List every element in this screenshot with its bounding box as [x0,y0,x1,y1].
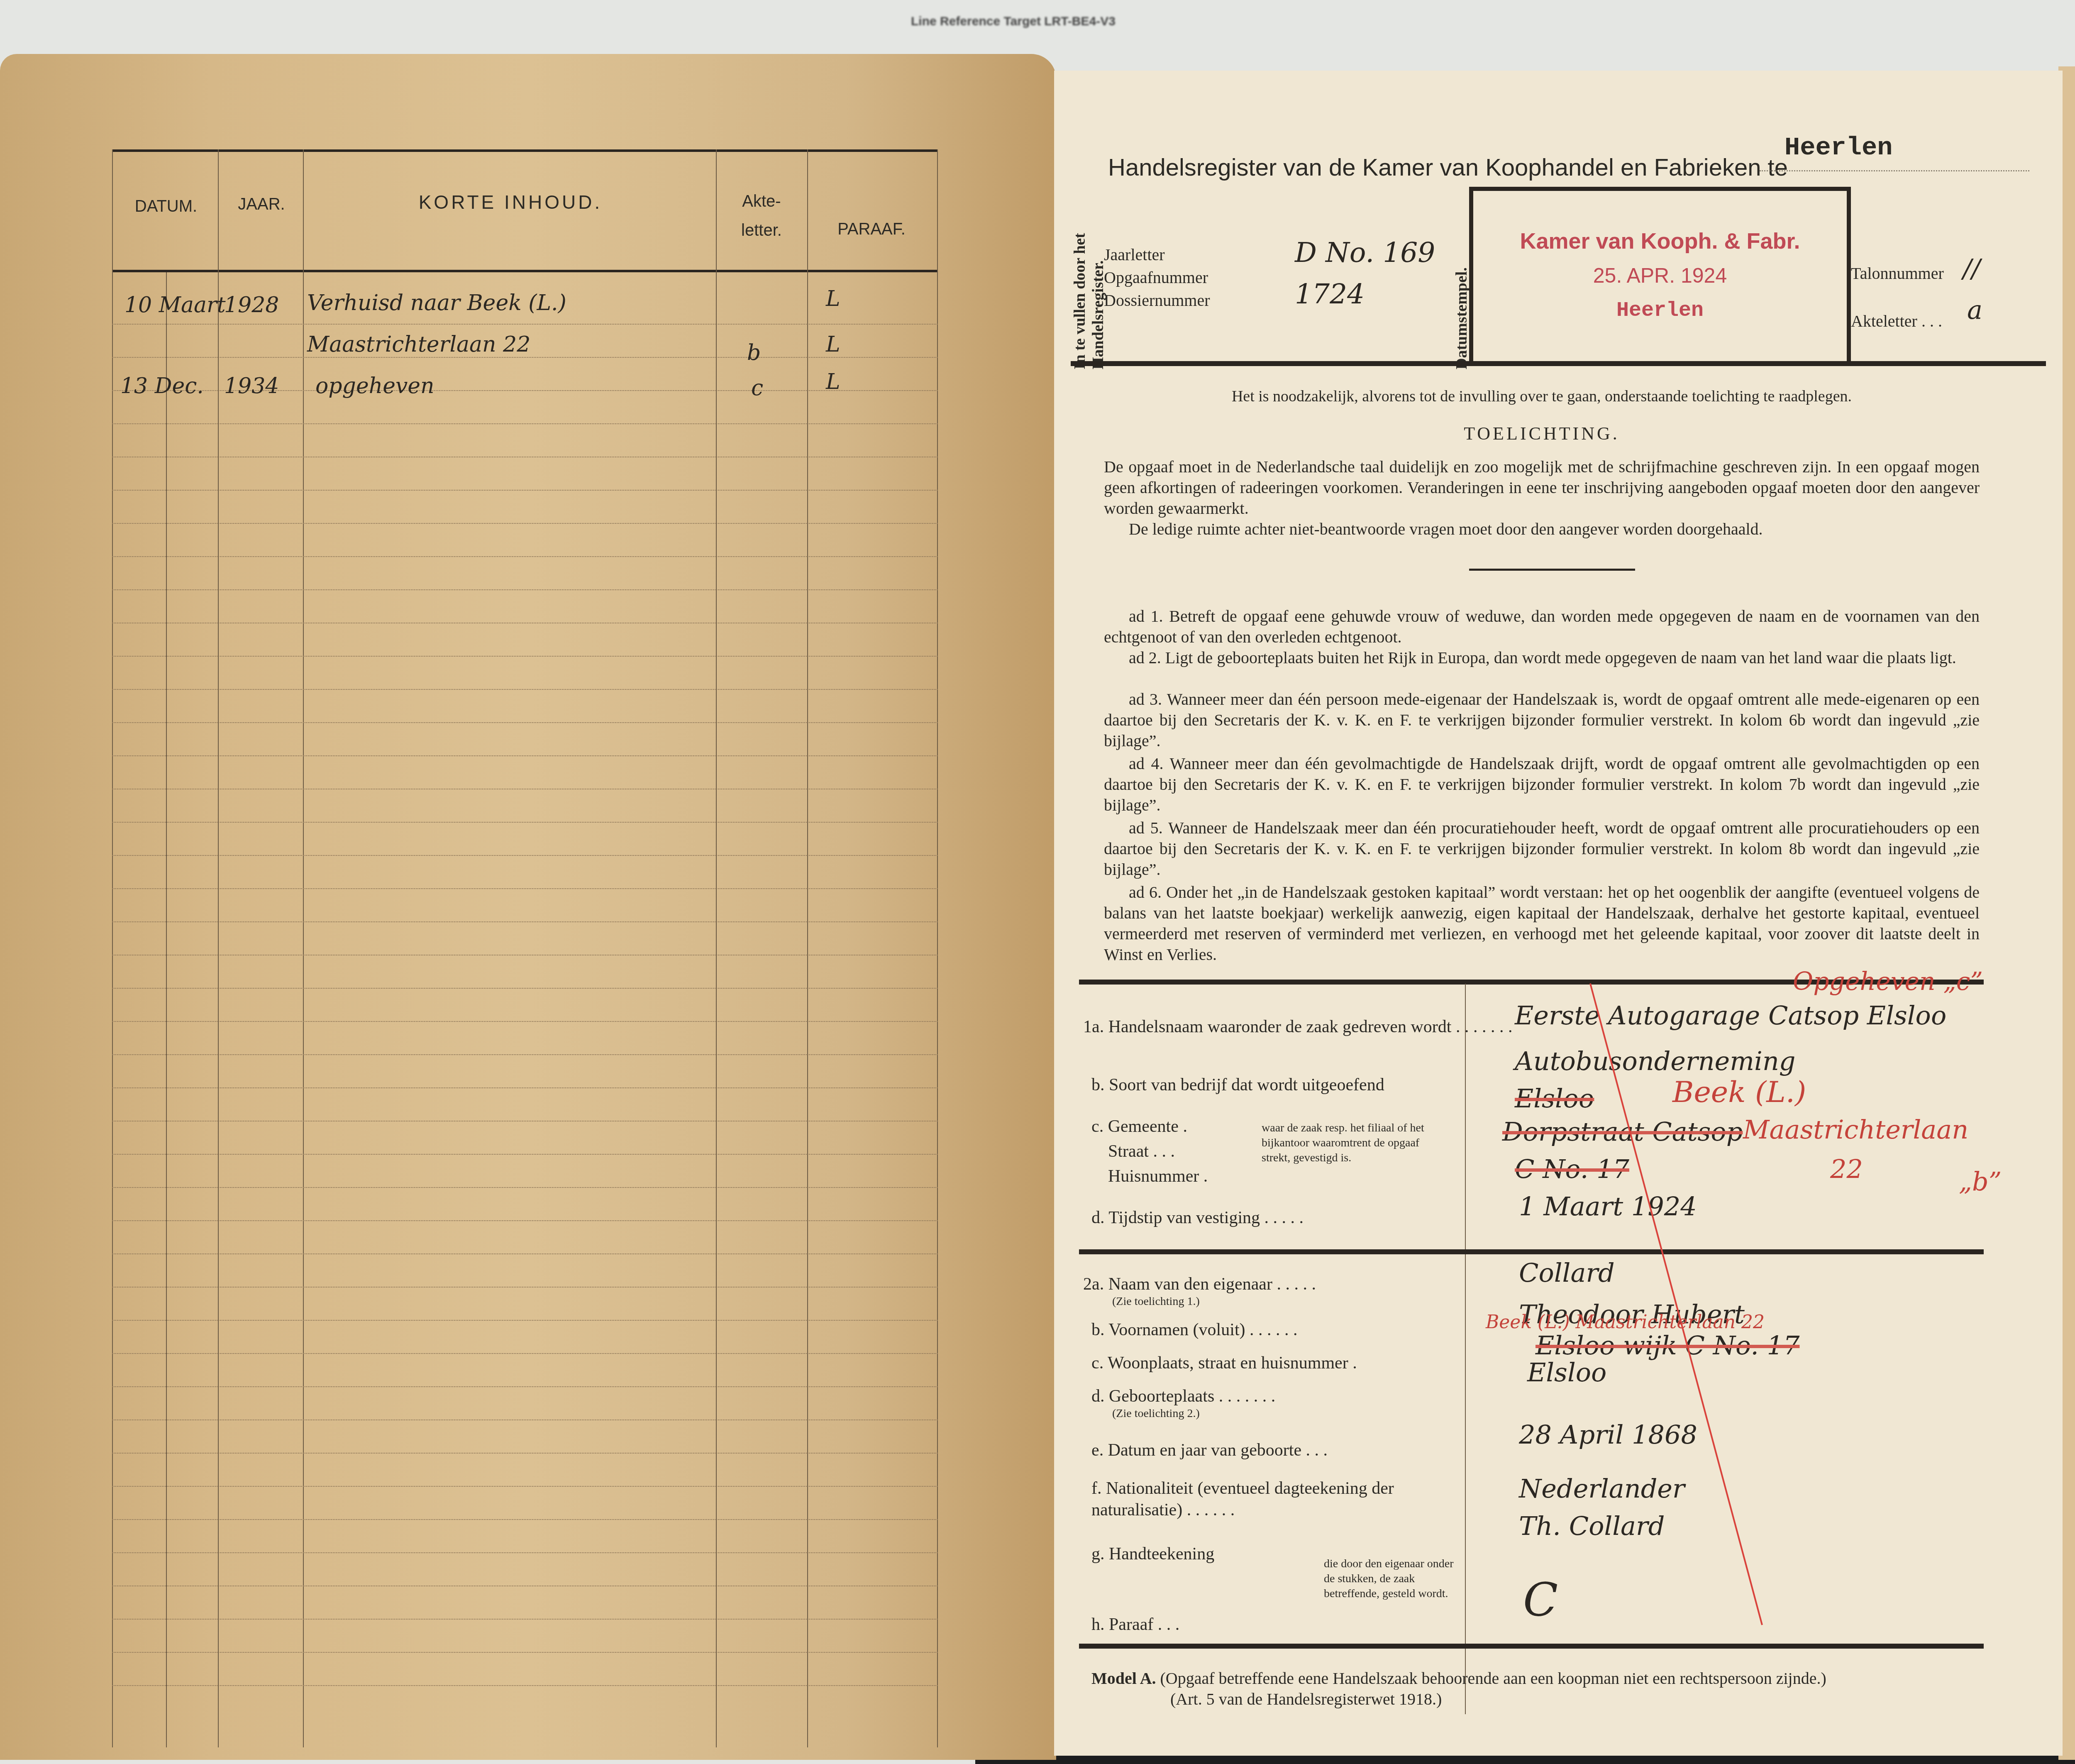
note-ad-5: ad 5. Wanneer de Handelszaak meer dan éé… [1104,818,1980,880]
column-divider [303,149,304,1747]
label-1c-straat: Straat . . . [1108,1141,1175,1161]
dossiernummer-value: 1724 [1295,278,1365,310]
toelichting-title: TOELICHTING. [1104,423,1980,444]
form-city: Heerlen [1784,133,1892,162]
value-2e-geboortedatum: 28 April 1868 [1519,1420,1697,1450]
entry-1-inhoud: Verhuisd naar Beek (L.) [307,291,566,315]
ledger-rule [112,1519,938,1520]
note-2gh: die door den eigenaar onder de stukken, … [1324,1556,1461,1601]
footer-line-2: (Art. 5 van de Handelsregisterwet 1918.) [1170,1689,1442,1709]
value-1b-bedrijf: Autobusonderneming [1515,1046,1796,1076]
footer-model-label: Model A. [1091,1669,1156,1688]
ledger-rule [112,1386,938,1387]
header-jaar: JAAR. [224,195,299,214]
ledger-rule [112,1453,938,1454]
note-ad-4: ad 4. Wanneer meer dan één gevolmachtigd… [1104,753,1980,816]
value-1c-gemeente-old: Elsloo [1515,1083,1594,1114]
column-divider [807,149,808,1747]
header-paraaf: PARAAF. [809,220,934,239]
dossiernummer-label: Dossiernummer [1104,291,1210,310]
value-1d-vestiging: 1 Maart 1924 [1519,1191,1697,1222]
label-1c-gemeente: c. Gemeente . [1091,1117,1187,1136]
ledger-rule [112,888,938,889]
entry-1-jaar: 1928 [224,293,279,318]
form-header-rule [1071,361,2046,366]
entry-3-inhoud: opgeheven [315,374,435,398]
label-2b: b. Voornamen (voluit) . . . . . . [1091,1320,1298,1340]
stamp-city: Heerlen [1473,299,1847,323]
ledger-rule [112,988,938,989]
ledger-rule [112,689,938,690]
entry-3-datum: 13 Dec. [120,374,204,398]
note-ad-1: ad 1. Betreft de opgaaf eene gehuwde vro… [1104,606,1980,647]
label-2f: f. Nationaliteit (eventueel dagteekening… [1091,1478,1457,1521]
form-column-divider [1465,984,1466,1714]
ledger-table: DATUM. JAAR. KORTE INHOUD. Akte- letter.… [112,149,938,1747]
footer-model: Model A. (Opgaaf betreffende eene Handel… [1091,1669,1826,1688]
note-ad-6: ad 6. Onder het „in de Handelszaak gesto… [1104,882,1980,965]
ledger-rule [112,1420,938,1420]
ledger-rule [112,1220,938,1221]
ledger-rule [112,523,938,524]
ledger-rule [112,324,938,325]
ledger-rule [112,357,938,358]
label-1b: b. Soort van bedrijf dat wordt uitgeoefe… [1091,1075,1384,1095]
ledger-top-rule [112,149,938,152]
ledger-rule [112,1652,938,1653]
dotted-line [1760,170,2029,171]
value-1c-straat-new: Maastrichterlaan [1743,1114,1968,1145]
red-annotation-b: „b” [1959,1166,2002,1197]
value-1c-gemeente-new: Beek (L.) [1672,1075,1806,1109]
talonnummer-label: Talonnummer [1851,264,1944,283]
form-bottom-rule [1079,1644,1984,1649]
entry-3-akteletter: c [751,376,763,401]
toelichting-intro-2: De ledige ruimte achter niet-beantwoorde… [1104,519,1980,540]
datumstempel-label: Datumstempel. [1452,212,1471,369]
ledger-rule [112,1121,938,1121]
toelichting-intro-1: De opgaaf moet in de Nederlandsche taal … [1104,457,1980,519]
label-2e: e. Datum en jaar van geboorte . . . [1091,1440,1328,1460]
value-2c-woonplaats-old: Elsloo wijk C No. 17 [1535,1330,1799,1361]
label-1d: d. Tijdstip van vestiging . . . . . [1091,1208,1304,1228]
ledger-rule [112,1486,938,1487]
talonnummer-value: // [1963,253,1980,283]
registry-side-note: In te vullen door het Handelsregister. [1071,195,1107,369]
jaarletter-value: D No. 169 [1295,237,1435,269]
ledger-rule [112,1320,938,1321]
reference-target-label: Line Reference Target LRT-BE4-V3 [911,15,1116,29]
value-2g-handteekening: Th. Collard [1519,1511,1665,1541]
jaarletter-label: Jaarletter [1104,245,1165,264]
header-korte-inhoud: KORTE INHOUD. [307,191,714,213]
ledger-rule [112,1619,938,1620]
value-1c-huisnummer-old: C No. 17 [1515,1154,1629,1184]
column-divider [166,272,167,1747]
ledger-rule [112,722,938,723]
ledger-header-rule [112,270,938,272]
ledger-rule [112,623,938,623]
value-1c-huisnummer-new: 22 [1830,1154,1863,1184]
ledger-rule [112,789,938,789]
stamp-date: 25. APR. 1924 [1473,264,1847,288]
ledger-rule [112,1685,938,1686]
ledger-rule [112,1353,938,1354]
ledger-rule [112,1054,938,1055]
value-2d-geboorteplaats: Elsloo [1527,1357,1606,1388]
entry-2-paraaf: L [826,332,840,357]
value-2a-naam: Collard [1519,1258,1615,1288]
ledger-rule [112,556,938,557]
entry-1-paraaf: L [826,286,840,311]
opgaafnummer-label: Opgaafnummer [1104,268,1208,287]
form-title: Handelsregister van de Kamer van Koophan… [1108,154,1788,181]
header-datum: DATUM. [120,197,212,216]
stamp-line-1: Kamer van Kooph. & Fabr. [1473,228,1847,254]
instruction-text: Het is noodzakelijk, alvorens tot de inv… [1104,386,1980,407]
sub-2d: (Zie toelichting 2.) [1112,1407,1200,1420]
note-ad-2: ad 2. Ligt de geboorteplaats buiten het … [1104,647,1980,668]
label-1c-huisnummer: Huisnummer . [1108,1166,1208,1186]
ledger-rule [112,1021,938,1022]
value-1a-handelsnaam: Eerste Autogarage Catsop Elsloo [1515,1000,1946,1031]
ledger-rule [112,822,938,823]
ledger-rule [112,921,938,922]
column-divider [716,149,717,1747]
column-divider [112,149,113,1747]
ledger-rule [112,490,938,491]
value-2f-nationaliteit: Nederlander [1519,1473,1685,1504]
ledger-rule [112,1087,938,1088]
note-ad-3: ad 3. Wanneer meer dan één persoon mede-… [1104,689,1980,751]
akteletter-value: a [1967,295,1982,325]
entry-3-paraaf: L [826,369,840,394]
entry-3-jaar: 1934 [224,374,279,398]
value-2c-woonplaats-new: Beek (L.) Maastrichterlaan 22 [1486,1312,1765,1333]
left-page-ledger: DATUM. JAAR. KORTE INHOUD. Akte- letter.… [0,54,1056,1760]
ledger-rule [112,1552,938,1553]
ledger-rule [112,1154,938,1155]
ledger-rule [112,457,938,457]
ledger-rule [112,855,938,856]
ledger-rule [112,1287,938,1288]
ledger-rule [112,1586,938,1586]
header-akteletter: Akte- letter. [718,187,805,245]
section-2-rule [1079,1249,1984,1254]
label-2d: d. Geboorteplaats . . . . . . . [1091,1386,1275,1406]
right-page-form: Handelsregister van de Kamer van Koophan… [1054,71,2063,1756]
akteletter-label: Akteletter . . . [1851,311,1942,331]
entry-1-datum: 10 Maart [124,293,226,318]
ledger-rule [112,656,938,657]
ledger-rule [112,955,938,955]
label-1a: 1a. Handelsnaam waaronder de zaak gedrev… [1083,1017,1512,1037]
red-annotation-opgeheven: Opgeheven „c” [1793,967,1983,996]
column-divider [937,149,938,1747]
label-2g: g. Handteekening [1091,1544,1214,1564]
value-2h-paraaf: C [1523,1573,1558,1626]
ledger-rule [112,589,938,590]
column-divider [218,149,219,1747]
ledger-rule [112,755,938,756]
entry-2-inhoud: Maastrichterlaan 22 [307,332,530,357]
label-2c: c. Woonplaats, straat en huisnummer . [1091,1353,1357,1373]
entry-2-akteletter: b [747,340,761,365]
date-stamp-box: Kamer van Kooph. & Fabr. 25. APR. 1924 H… [1469,187,1851,365]
label-2a: 2a. Naam van den eigenaar . . . . . [1083,1274,1316,1294]
ledger-rule [112,1187,938,1188]
note-1c: waar de zaak resp. het filiaal of het bi… [1262,1121,1444,1165]
ledger-rule [112,423,938,424]
divider [1469,569,1635,571]
ledger-rule [112,1253,938,1254]
value-1c-straat-old: Dorpstraat Catsop [1502,1117,1743,1147]
sub-2a: (Zie toelichting 1.) [1112,1295,1200,1308]
label-2h: h. Paraaf . . . [1091,1615,1179,1635]
footer-line-1: (Opgaaf betreffende eene Handelszaak beh… [1160,1669,1826,1688]
